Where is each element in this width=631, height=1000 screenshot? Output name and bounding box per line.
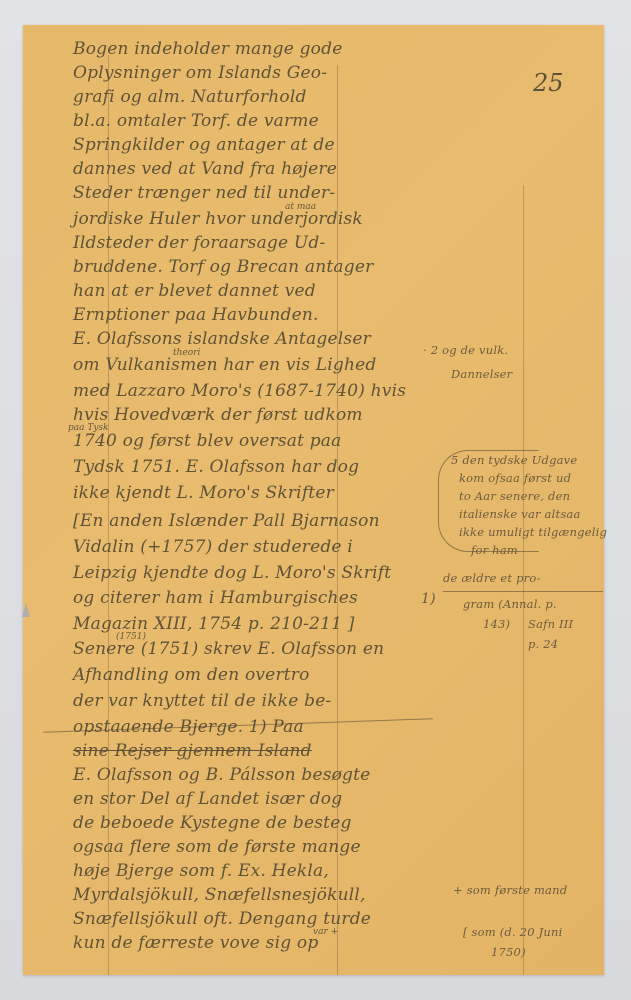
text-line: Snæfellsjökull oft. Dengang turde [73, 909, 371, 929]
page-number: 25 [533, 69, 564, 97]
text-line: Bogen indeholder mange gode [73, 39, 342, 59]
margin-note-a-line: Dannelser [451, 367, 512, 381]
margin-note-e-line: [ som (d. 20 Juni [463, 925, 562, 939]
footnote-marker: 1) [421, 591, 436, 607]
index-tab-marker [22, 603, 30, 617]
text-line: om Vulkanismen har en vis Lighed [73, 355, 377, 375]
text-line: Myrdalsjökull, Snæfellsnesjökull, [73, 885, 366, 905]
manuscript-page: 25 Bogen indeholder mange gode Oplysning… [23, 25, 604, 975]
text-line: grafi og alm. Naturforhold [73, 87, 307, 107]
text-line: Magazin XIII, 1754 p. 210-211 ] [73, 614, 355, 634]
text-line: ogsaa flere som de første mange [73, 837, 361, 857]
text-line: Springkilder og antager at de [73, 135, 335, 155]
text-line: [En anden Islænder Pall Bjarnason [73, 511, 380, 531]
text-line: der var knyttet til de ikke be- [73, 691, 331, 711]
text-line: E. Olafsson og B. Pálsson besøgte [73, 765, 370, 785]
text-line: med Lazzaro Moro's (1687-1740) hvis [73, 381, 406, 401]
margin-note-d: + som første mand [453, 883, 567, 897]
text-line: Tydsk 1751. E. Olafsson har dog [73, 457, 359, 477]
text-line: Senere (1751) skrev E. Olafsson en [73, 639, 384, 659]
text-line: ikke kjendt L. Moro's Skrifter [73, 483, 334, 503]
interlinear-insert: at maa [285, 202, 316, 212]
text-line: en stor Del af Landet især dog [73, 789, 342, 809]
text-line: høje Bjerge som f. Ex. Hekla, [73, 861, 329, 881]
text-line: Afhandling om den overtro [73, 665, 310, 685]
margin-note-b-line: to Aar senere, den [459, 489, 570, 503]
text-line: bruddene. Torf og Brecan antager [73, 257, 373, 277]
text-line: Oplysninger om Islands Geo- [73, 63, 327, 83]
text-line: dannes ved at Vand fra højere [73, 159, 337, 179]
text-line: bl.a. omtaler Torf. de varme [73, 111, 319, 131]
text-line: han at er blevet dannet ved [73, 281, 316, 301]
text-line: Vidalin (+1757) der studerede i [73, 537, 353, 557]
margin-note-c-line: gram (Annal. p. [463, 597, 557, 611]
text-line: E. Olafssons islandske Antagelser [73, 329, 371, 349]
text-line: Ernptioner paa Havbunden. [73, 305, 319, 325]
interlinear-insert: var + [313, 927, 338, 937]
margin-note-c-right: p. 24 [528, 637, 558, 651]
text-line: de beboede Kystegne de besteg [73, 813, 352, 833]
margin-note-c-right: Safn III [528, 617, 573, 631]
text-line: Leipzig kjendte dog L. Moro's Skrift [73, 563, 391, 583]
text-line: hvis Hovedværk der først udkom [73, 405, 363, 425]
text-line: Ildsteder der foraarsage Ud- [73, 233, 325, 253]
margin-note-c-line: 143) [483, 617, 510, 631]
margin-note-b-line: italienske var altsaa [459, 507, 581, 521]
footnote-rule [443, 591, 603, 592]
margin-note-e-line: 1750) [491, 945, 526, 959]
text-line: Steder trænger ned til under- [73, 183, 335, 203]
text-line: kun de færreste vove sig op [73, 933, 318, 953]
text-line: og citerer ham i Hamburgisches [73, 588, 358, 608]
text-line-struck: sine Rejser gjennem Island [73, 741, 312, 761]
margin-note-b-line: for ham [471, 543, 518, 557]
margin-note-b-line: ikke umuligt tilgængelig [459, 525, 607, 539]
margin-note-b-line: 5 den tydske Udgave [451, 453, 577, 467]
scan-background: 25 Bogen indeholder mange gode Oplysning… [0, 0, 631, 1000]
text-line: 1740 og først blev oversat paa [73, 431, 341, 451]
margin-note-c-line: de ældre et pro- [443, 571, 541, 585]
text-line: jordiske Huler hvor underjordisk [73, 209, 363, 229]
margin-note-a-line: · 2 og de vulk. [423, 343, 508, 357]
margin-note-b-line: kom ofsaa først ud [459, 471, 571, 485]
